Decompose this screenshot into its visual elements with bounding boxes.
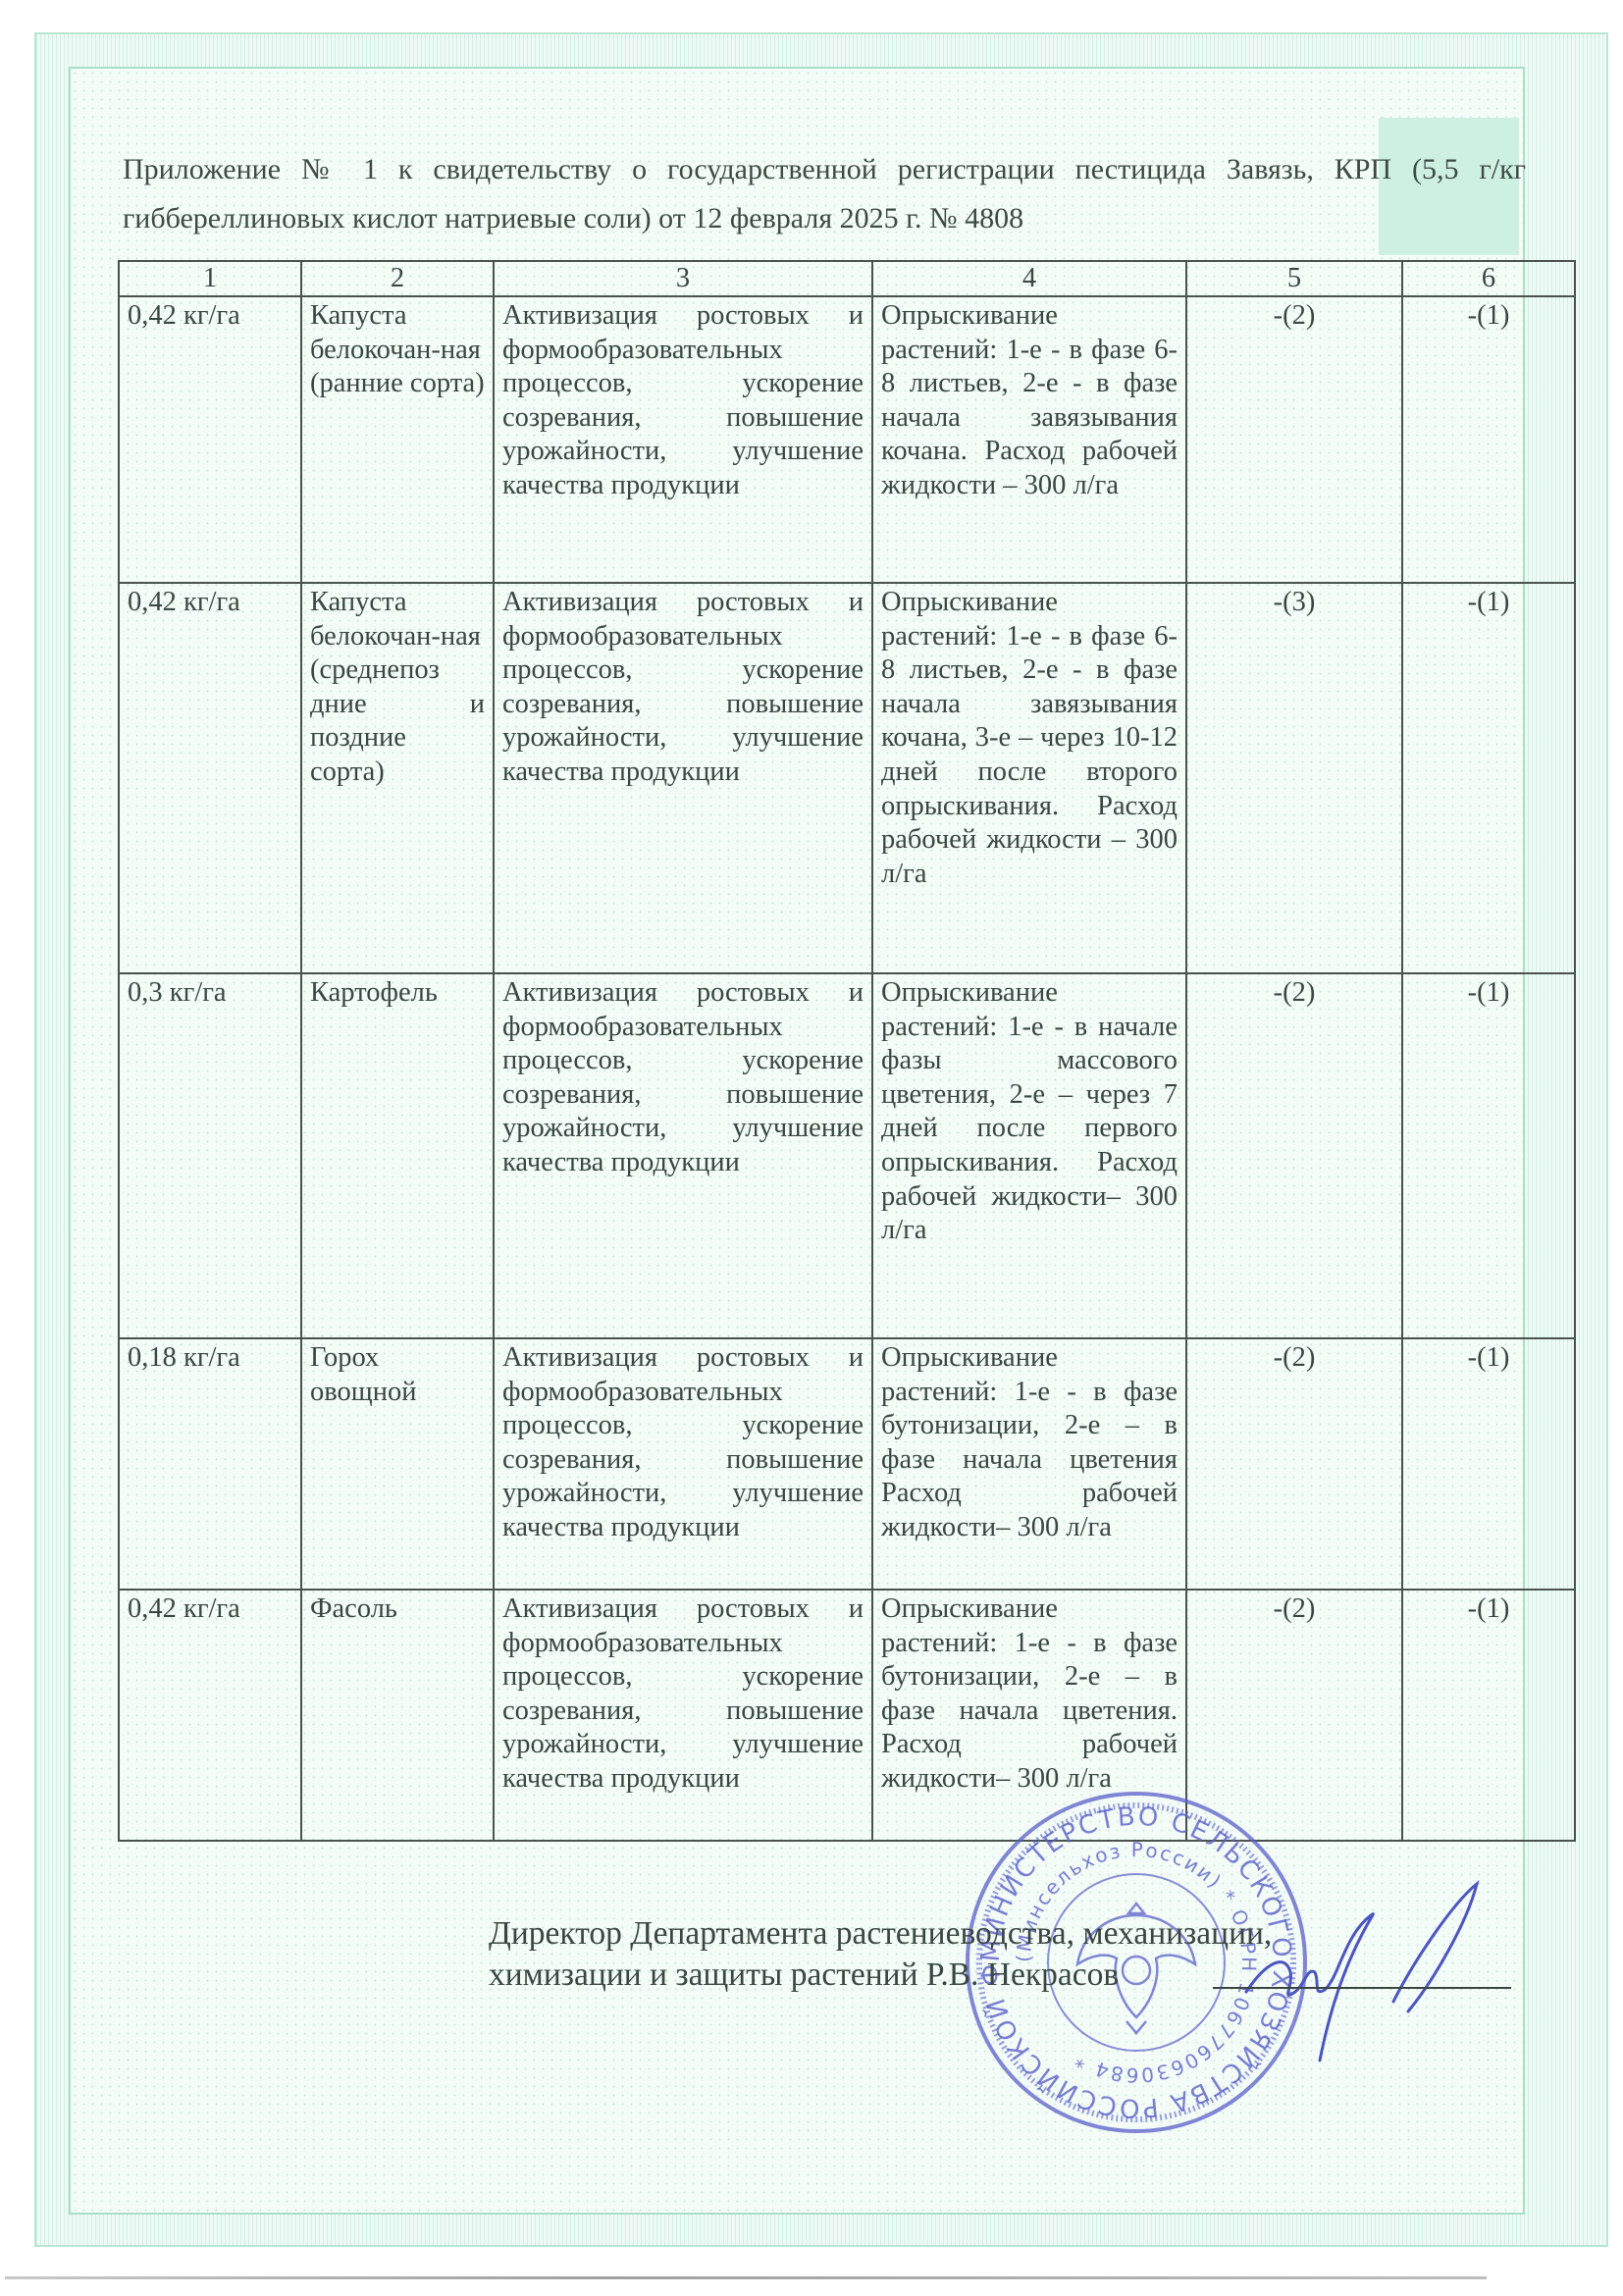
document-heading: Приложение № 1 к свидетельству о государ…: [123, 145, 1526, 243]
crop-cell: Капуста белокочан-ная (ранние сорта): [301, 296, 494, 583]
crop-cell: Картофель: [301, 973, 494, 1338]
method-cell: Опрыскивание растений: 1-е - в фазе 6-8 …: [872, 296, 1186, 583]
table-row: 0,42 кг/га Фасоль Активизация ростовых и…: [119, 1590, 1575, 1841]
crop-cell: Капуста белокочан-ная (среднепоз дние и …: [301, 583, 494, 973]
signature-icon: [1236, 1874, 1492, 2070]
col5-cell: -(3): [1186, 583, 1402, 973]
crop-cell: Горох овощной: [301, 1338, 494, 1590]
scan-edge-line: [5, 2276, 1487, 2279]
col6-cell: -(1): [1402, 296, 1575, 583]
method-cell: Опрыскивание растений: 1-е - в начале фа…: [872, 973, 1186, 1338]
rate-cell: 0,18 кг/га: [119, 1338, 301, 1590]
method-cell: Опрыскивание растений: 1-е - в фазе буто…: [872, 1338, 1186, 1590]
method-cell: Опрыскивание растений: 1-е - в фазе 6-8 …: [872, 583, 1186, 973]
rate-cell: 0,42 кг/га: [119, 583, 301, 973]
signatory-title: Директор Департамента растениеводства, м…: [489, 1913, 1272, 1955]
column-number: 4: [872, 261, 1186, 296]
purpose-cell: Активизация ростовых и формообразователь…: [494, 1590, 872, 1841]
purpose-cell: Активизация ростовых и формообразователь…: [494, 1338, 872, 1590]
table-row: 0,18 кг/га Горох овощной Активизация рос…: [119, 1338, 1575, 1590]
registration-table: 1 2 3 4 5 6 0,42 кг/га Капуста белокочан…: [118, 260, 1576, 1842]
purpose-cell: Активизация ростовых и формообразователь…: [494, 583, 872, 973]
column-number: 1: [119, 261, 301, 296]
table-row: 0,42 кг/га Капуста белокочан-ная (средне…: [119, 583, 1575, 973]
col5-cell: -(2): [1186, 296, 1402, 583]
table-row: 0,42 кг/га Капуста белокочан-ная (ранние…: [119, 296, 1575, 583]
column-number: 3: [494, 261, 872, 296]
purpose-cell: Активизация ростовых и формообразователь…: [494, 973, 872, 1338]
col5-cell: -(2): [1186, 973, 1402, 1338]
column-number: 6: [1402, 261, 1575, 296]
column-number: 2: [301, 261, 494, 296]
rate-cell: 0,42 кг/га: [119, 1590, 301, 1841]
col6-cell: -(1): [1402, 583, 1575, 973]
signature-block: Директор Департамента растениеводства, м…: [489, 1913, 1272, 1996]
purpose-cell: Активизация ростовых и формообразователь…: [494, 296, 872, 583]
signature-line: [1213, 1987, 1511, 1989]
heading-line-1: Приложение № 1 к свидетельству о государ…: [123, 145, 1526, 194]
crop-cell: Фасоль: [301, 1590, 494, 1841]
table-header-row: 1 2 3 4 5 6: [119, 261, 1575, 296]
col6-cell: -(1): [1402, 973, 1575, 1338]
signatory-name: химизации и защиты растений Р.В. Некрасо…: [489, 1955, 1272, 1996]
col6-cell: -(1): [1402, 1590, 1575, 1841]
col6-cell: -(1): [1402, 1338, 1575, 1590]
table-row: 0,3 кг/га Картофель Активизация ростовых…: [119, 973, 1575, 1338]
column-number: 5: [1186, 261, 1402, 296]
heading-line-2: гиббереллиновых кислот натриевые соли) о…: [123, 194, 1526, 243]
rate-cell: 0,42 кг/га: [119, 296, 301, 583]
col5-cell: -(2): [1186, 1338, 1402, 1590]
rate-cell: 0,3 кг/га: [119, 973, 301, 1338]
